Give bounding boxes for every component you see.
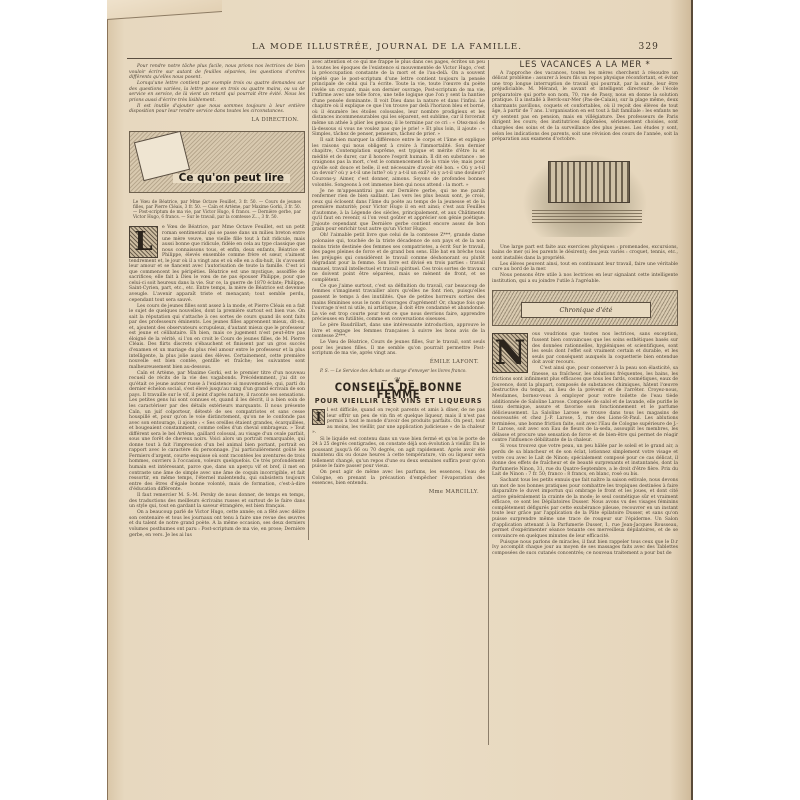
column-divider [308,60,309,540]
advice-title: CONSEILS DE BONNE FEMME [312,385,485,398]
villa-house-engraving [548,161,630,203]
review-paragraph: On a beaucoup parlé de Victor Hugo, cett… [129,510,305,538]
column-divider [488,60,489,745]
vacances-title: LES VACANCES A LA MER * [492,62,678,68]
postscript-note: P. S. — Le Service des Achats se charge … [312,369,485,375]
review-paragraph: Ce que j'aime surtout, c'est sa définiti… [312,284,485,323]
book-list-summary: Le Vœu de Béatrice, par Mme Octave Feuil… [133,199,301,219]
journal-title: LA MODE ILLUSTRÉE, JOURNAL DE LA FAMILLE… [252,42,522,52]
column-2: avec attention et ce qui me frappe le pl… [312,60,485,498]
intro-paragraph: Lorsqu'une lettre contient par exemple t… [129,81,305,103]
page-header: LA MODE ILLUSTRÉE, JOURNAL DE LA FAMILLE… [137,42,667,56]
vacances-paragraph: Une large part est faite aux exercices p… [492,245,678,262]
review-paragraph: Il faut remercier M. S.-M. Persky de nou… [129,493,305,510]
chronique-paragraph: Si vous trouvez que votre peau, un peu h… [492,444,678,477]
page-number: 329 [639,42,659,52]
floral-chronique-banner: Chronique d'été [492,290,678,326]
vacances-paragraph: Nous pensons être utile à nos lectrices … [492,273,678,284]
dropcap-i: I [312,409,325,425]
intro-paragraph: Il est inutile d'ajouter que nous sommes… [129,104,305,115]
section-title-reading: Ce qu'on peut lire [173,174,290,184]
vacances-paragraph: Les élèves peuvent ainsi, tout en contin… [492,262,678,273]
ornate-dropcap-l: L [129,226,158,258]
marcilly-signature: Mme MARCILLY. [312,490,479,496]
review-paragraph: Je ne m'appesantirai pas sur Dernière ge… [312,189,485,233]
folded-corner [107,0,222,20]
advice-paragraph: Si le liquide est contenu dans un vase b… [312,437,485,470]
review-paragraph: Il sait bien marquer la différence entre… [312,138,485,188]
chronique-paragraph: Puisque nous parlons de miracles, il fau… [492,540,678,557]
seaside-villa-illustration [522,153,648,237]
newspaper-page: LA MODE ILLUSTRÉE, JOURNAL DE LA FAMILLE… [107,0,693,800]
advice-paragraph: On peut agir de même avec les parfums, l… [312,470,485,487]
column-1: Pour rendre notre tâche plus facile, nou… [129,64,305,539]
review-paragraph: Oh! l'aimable petit livre que celui de l… [312,233,485,283]
review-paragraph: Le Vœu de Béatrice, Cours de jeunes fill… [312,340,485,357]
chronique-title: Chronique d'été [521,302,651,318]
ornate-dropcap-n: N [492,333,528,373]
lafont-signature: ÉMILE LAFONT. [312,360,479,366]
chronique-paragraph: Sachant tous les petits ennuis que fait … [492,478,678,539]
column-3: LES VACANCES A LA MER * A l'approche des… [492,62,678,557]
intro-paragraph: Pour rendre notre tâche plus facile, nou… [129,64,305,81]
advice-paragraph: l est difficile, quand on reçoit parents… [312,408,485,436]
review-paragraph: Caïn et Artème, par Maxime Gorki, est le… [129,371,305,493]
review-paragraph: Les cours de jeunes filles sont assez à … [129,304,305,371]
review-paragraph: avec attention et ce qui me frappe le pl… [312,60,485,138]
chronique-paragraph: C'est ainsi que, pour conserver à la pea… [492,366,678,444]
water-engraving [532,209,642,223]
books-illustration-banner: Ce qu'on peut lire [129,131,305,193]
vacances-paragraph: A l'approche des vacances, toutes les mè… [492,71,678,143]
review-paragraph: Le père Baudrillart, dans une intéressan… [312,323,485,340]
direction-signature: LA DIRECTION. [129,118,299,124]
